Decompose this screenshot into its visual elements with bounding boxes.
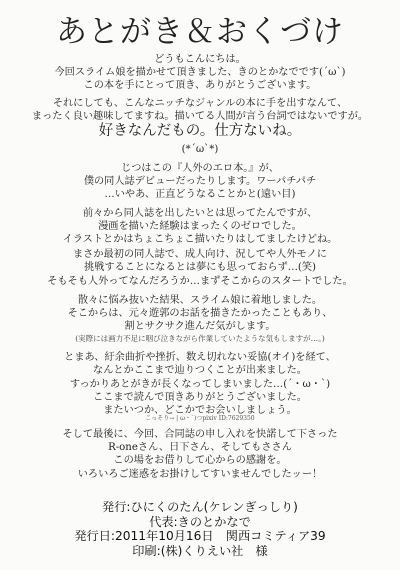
challenge-paragraph: まさか最初の同人誌で、成人向け、況してや人外モノに 挑戦することになるとは夢にも… [0, 248, 400, 274]
afterword-page: あとがき＆おくづけ どうもこんにちは。 今回スライム娘を描かせて頂きました、きの… [0, 0, 400, 570]
text-line: 僕の同人誌デビューだったりします。ワーパチパチ [0, 175, 400, 188]
page-title: あとがき＆おくづけ [0, 6, 400, 51]
text-line: なんとかここまで辿りつくことが出来ました。 [0, 364, 400, 377]
slime-paragraph: 散々に悩み抜いた結果、スライム娘に着地しました。 そこからは、元々遊郭のお話を描… [0, 294, 400, 333]
text-line: 割とサクサク進んだ気がします。 [0, 320, 400, 333]
honestly-line: …いやあ、正直どうなることかと(遠い目) [0, 188, 400, 201]
text-line: 今回スライム娘を描かせて頂きました、きのとかなでです(´ω`) [0, 66, 400, 79]
acknowledgement-paragraph: そして最後に、今回、合同誌の申し入れを快諾して下さった R-oneさん、日下さん… [0, 428, 400, 467]
text-line: 散々に悩み抜いた結果、スライム娘に着地しました。 [0, 294, 400, 307]
text-line: どうもこんにちは。 [0, 53, 400, 66]
greeting-paragraph: どうもこんにちは。 今回スライム娘を描かせて頂きました、きのとかなでです(´ω`… [0, 53, 400, 92]
colophon-date: 発行日:2011年10月16日 関西コミティア39 [0, 529, 400, 544]
text-line: じつはこの『人外のエロ本。』が、 [0, 162, 400, 175]
text-line: こっそり→ | ω・`)つpixiv ID:7629350 [0, 415, 400, 423]
colophon-printer: 印刷:(株)くりえい社 様 [0, 544, 400, 559]
text-line: それにしても、こんなニッチなジャンルの本に手を出すなんて、 [0, 97, 400, 110]
thanks-paragraph: すっかりあとがきが長くなってしまいました…(´・ω・`) ここまで読んで頂きあり… [0, 378, 400, 417]
text-line: 前々から同人誌を出したいとは思ってたんですが、 [0, 207, 400, 220]
emoticon-line: (*´ω`*) [0, 143, 400, 156]
colophon: 発行:ひにくのたん(ケレンぎっしり) 代表:きのとかなで 発行日:2011年10… [0, 500, 400, 558]
text-line: 漫画を描いた経験はまったくのゼロでした。 [0, 220, 400, 233]
text-line: …いやあ、正直どうなることかと(遠い目) [0, 188, 400, 201]
text-line: いろいろご迷惑をお掛けしてすいませんでしたッー！ [0, 468, 400, 481]
text-line: この場をお借りして心からの感謝を。 [0, 454, 400, 467]
debut-paragraph: じつはこの『人外のエロ本。』が、 僕の同人誌デビューだったりします。ワーパチパチ [0, 162, 400, 188]
text-line: すっかりあとがきが長くなってしまいました…(´・ω・`) [0, 378, 400, 391]
apology-line: いろいろご迷惑をお掛けしてすいませんでしたッー！ [0, 468, 400, 481]
text-line: この本を手にとって頂き、ありがとうございます。 [0, 79, 400, 92]
text-line: ここまで読んで頂きありがとうございました。 [0, 391, 400, 404]
text-line: イラストとかはちょこちょこ描いたりはしてましたけどね。 [0, 233, 400, 246]
emphasis-line: 好きなんだもの。仕方ないね。 [0, 122, 400, 140]
colophon-publisher: 発行:ひにくのたん(ケレンぎっしり) [0, 500, 400, 515]
text-line: (実際には画力不足に咽び泣きながら作業していたような気もしますが…。) [0, 334, 400, 344]
text-line: まさか最初の同人誌で、成人向け、況してや人外モノに [0, 248, 400, 261]
text-line: そもそも人外ってなんだろうか…まずそこからのスタートでした。 [0, 275, 400, 288]
colophon-representative: 代表:きのとかなで [0, 515, 400, 530]
text-line: とまあ、紆余曲折や挫折、数え切れない妥協(オイ)を経て、 [0, 351, 400, 364]
pixiv-note: こっそり→ | ω・`)つpixiv ID:7629350 [0, 415, 400, 423]
text-line: そこからは、元々遊郭のお話を描きたかったこともあり、 [0, 307, 400, 320]
experience-paragraph: 前々から同人誌を出したいとは思ってたんですが、 漫画を描いた経験はまったくのゼロ… [0, 207, 400, 246]
text-line: 挑戦することになるとは夢にも思っておらず…(笑) [0, 261, 400, 274]
niche-genre-paragraph: それにしても、こんなニッチなジャンルの本に手を出すなんて、 まったく良い趣味して… [0, 97, 400, 123]
aside-note: (実際には画力不足に咽び泣きながら作業していたような気もしますが…。) [0, 334, 400, 344]
text-line: (*´ω`*) [0, 143, 400, 156]
text-line: そして最後に、今回、合同誌の申し入れを快諾して下さった [0, 428, 400, 441]
start-line: そもそも人外ってなんだろうか…まずそこからのスタートでした。 [0, 275, 400, 288]
text-line: R-oneさん、日下さん、そしてもささん [0, 441, 400, 454]
detour-paragraph: とまあ、紆余曲折や挫折、数え切れない妥協(オイ)を経て、 なんとかここまで辿りつ… [0, 351, 400, 377]
